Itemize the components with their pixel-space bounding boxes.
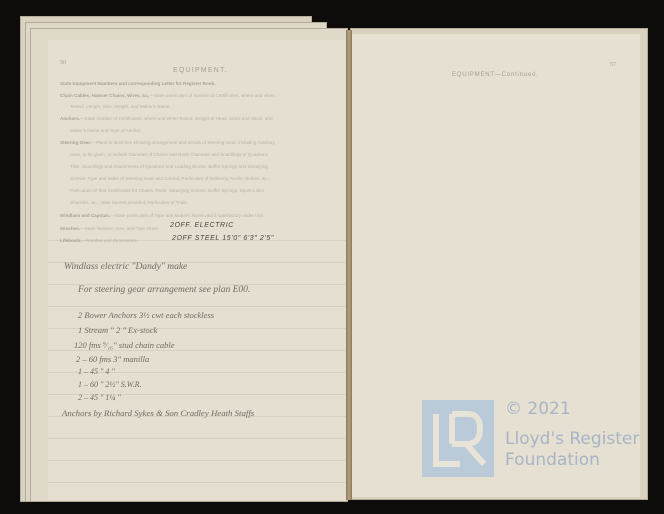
printed-line: Anchors.—State number of Certificates, w… [60, 113, 273, 125]
lr-logo-icon [422, 400, 494, 477]
printed-line: Particulars of Test Certificates for Cha… [70, 185, 265, 197]
printed-line: Gear, to be given, to include Diameter o… [70, 149, 268, 161]
stamped-lifeboats: 2OFF STEEL 15'0" 6'3" 2'5" [172, 235, 274, 242]
handwritten-line: Windlass electric "Dandy" make [64, 262, 187, 272]
handwritten-line: 2 – 45 " 1¼ " [78, 393, 121, 402]
handwritten-line: 1 – 60 " 2½" S.W.R. [78, 380, 142, 389]
watermark-org-line2: Foundation [505, 450, 600, 470]
left-page: 50 EQUIPMENT. State Equipment Numbers an… [48, 40, 348, 500]
printed-line: Tested, Length, Size, Weight, and Maker'… [70, 101, 171, 113]
stamped-winches: 2OFF. ELECTRIC [170, 222, 234, 229]
printed-line: Screws; Type and Make of Steering Gear a… [70, 173, 270, 185]
watermark-copyright: © 2021 [505, 399, 571, 419]
handwritten-line: 120 fms ⁹⁄₁₆" stud chain cable [74, 340, 175, 350]
handwritten-line: 2 – 60 fms 3" manilla [76, 354, 149, 364]
printed-line: Maker's Name and Type of Anchor. [70, 125, 141, 137]
page-heading: EQUIPMENT—Continued. [452, 72, 539, 78]
right-page: EQUIPMENT—Continued. 57 [352, 34, 640, 497]
printed-line: Chain Cables, Hawser Chains, Wires, &c.—… [60, 90, 275, 102]
page-number: 57 [610, 62, 616, 68]
handwritten-line: 1 Stream " 2 " Ex-stock [78, 325, 157, 335]
printed-line: Lifeboats.—Number and Dimensions. [60, 235, 138, 247]
printed-line: Steering Gear.—Plans or sketches showing… [60, 137, 275, 149]
page-number: 50 [60, 60, 66, 66]
handwritten-line: 2 Bower Anchors 3½ cwt each stockless [78, 310, 214, 320]
printed-line: Shackles, &c.; state Spares provided; Pa… [70, 197, 188, 209]
printed-line: State Equipment Numbers and correspondin… [60, 78, 215, 90]
page-heading: EQUIPMENT. [173, 67, 228, 74]
handwritten-line: For steering gear arrangement see plan E… [78, 285, 250, 295]
handwritten-line: Anchors by Richard Sykes & Son Cradley H… [62, 408, 254, 418]
printed-line: Tiller, Scantlings and Attachments of Qu… [70, 161, 268, 173]
printed-line: Windlass and Capstan.—State particulars … [60, 210, 264, 222]
handwritten-line: 1 – 45 " 4 " [78, 367, 115, 376]
watermark-org-line1: Lloyd's Register [505, 429, 639, 449]
printed-line: Winches.—State Number, Size, and Type Dr… [60, 223, 159, 235]
